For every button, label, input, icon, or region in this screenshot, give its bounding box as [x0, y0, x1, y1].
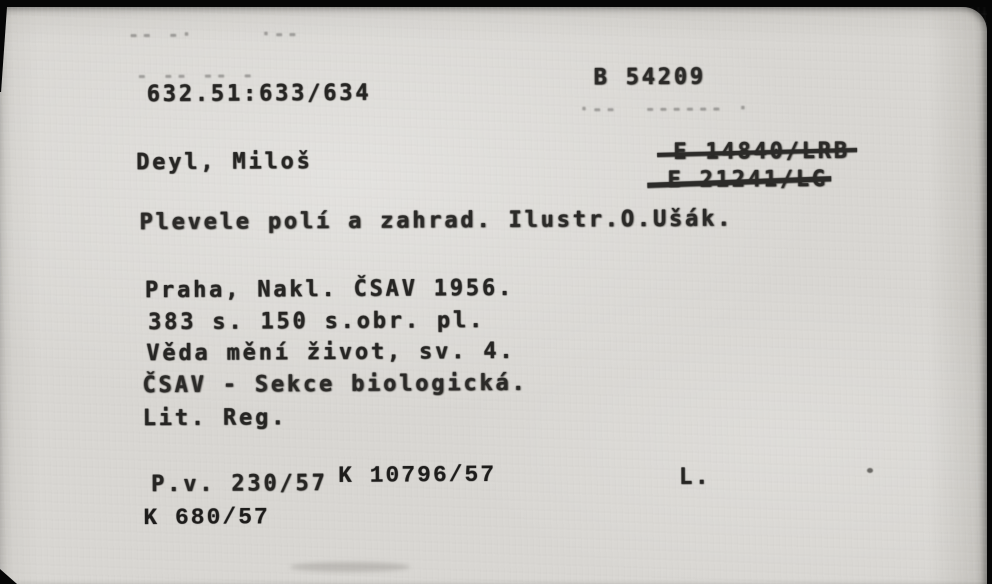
classification-number: 632.51:633/634: [147, 81, 372, 107]
note-line: Lit. Reg.: [143, 405, 288, 431]
series-statement: Věda mění život, sv. 4.: [146, 339, 515, 366]
pencil-smudge: [290, 562, 410, 572]
faint-typewriter-marks-top: -- -· ·--: [128, 24, 300, 45]
catalog-card: -- -· ·-- - -- -- - 632.51:633/634 B 542…: [0, 7, 987, 584]
accession-number-stamp: K 10796/57: [338, 462, 496, 489]
corporate-body-line: ČSAV - Sekce biologická.: [142, 371, 527, 398]
title-statement: Plevele polí a zahrad. Ilustr.O.Ušák.: [139, 207, 733, 236]
strikethrough-text: E 21241/LG: [668, 167, 829, 193]
ink-speck: [867, 468, 873, 473]
accession-number-1: P.v. 230/57: [151, 471, 328, 497]
location-mark: L.: [679, 465, 711, 490]
scan-background: { "card": { "classification": "632.51:63…: [0, 0, 992, 584]
collation-line: 383 s. 150 s.obr. pl.: [148, 308, 485, 335]
typewritten-content: -- -· ·-- - -- -- - 632.51:633/634 B 542…: [0, 4, 989, 584]
call-number: B 54209: [594, 65, 706, 91]
imprint-line: Praha, Nakl. ČSAV 1956.: [145, 276, 514, 303]
accession-number-3: K 680/57: [143, 504, 270, 531]
author-heading: Deyl, Miloš: [136, 149, 313, 175]
